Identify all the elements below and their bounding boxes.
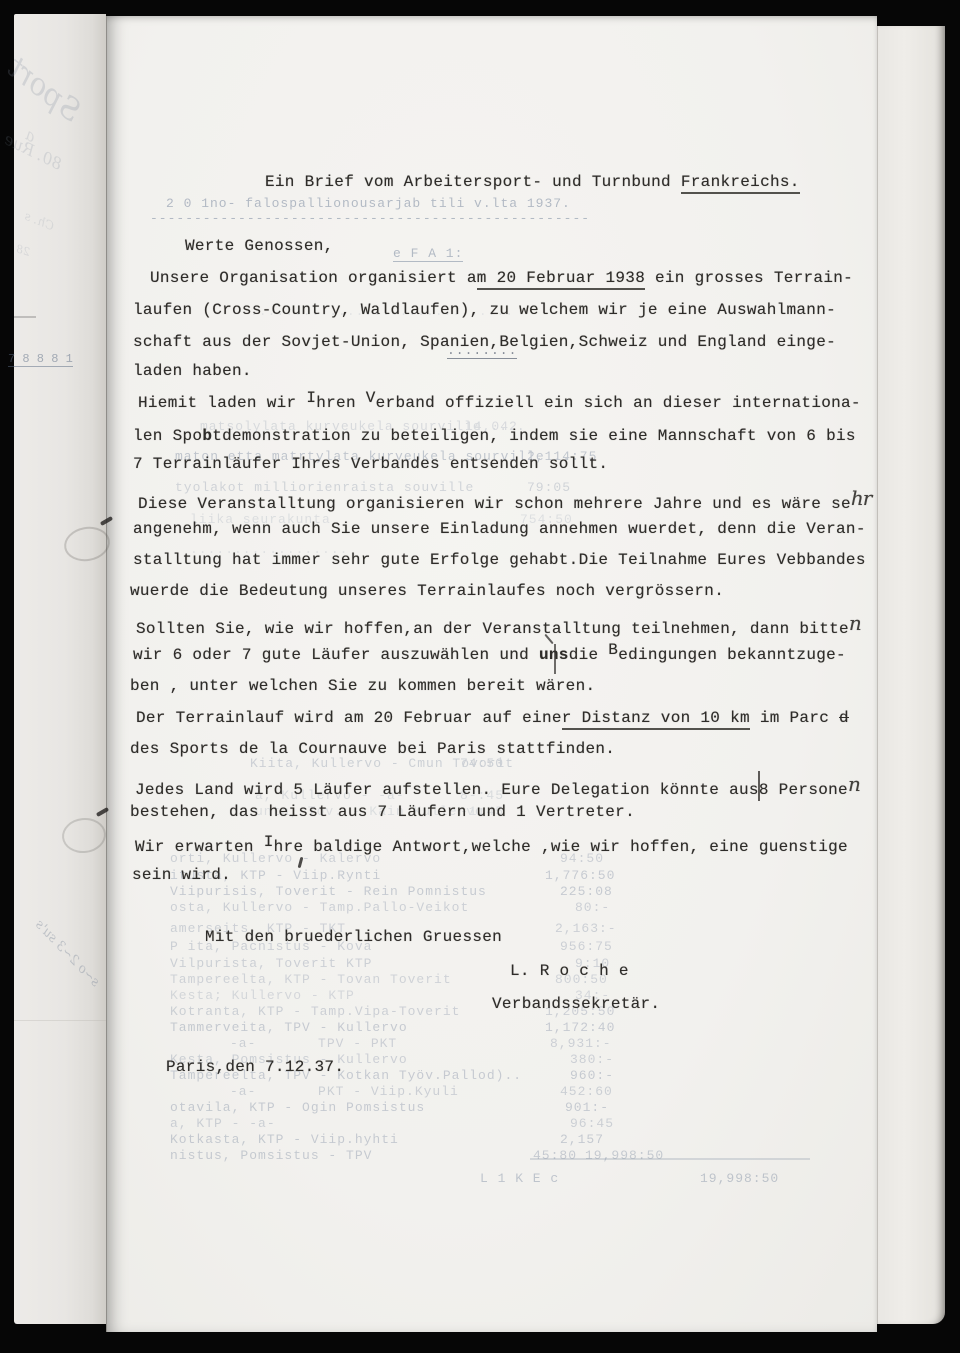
pencil-circle-mark [60, 816, 107, 855]
handwriting-layer: Sporta80. RueCh. s287 8 8 8 1s~o 2~3 su'… [0, 0, 960, 1353]
pen-stroke [100, 516, 113, 526]
mirrored-handwriting: s~o 2~3 su's [32, 917, 103, 990]
mirrored-handwriting: Sport [0, 50, 88, 129]
pencil-circle-mark [61, 523, 112, 564]
pen-stroke [14, 1020, 106, 1021]
mirrored-handwriting: Ch. s [22, 209, 56, 233]
scanned-letter-document: 2 0 1no- falospallionousarjab tili v.lta… [0, 0, 960, 1353]
pen-stroke [554, 644, 556, 674]
pen-stroke [544, 634, 553, 644]
pen-stroke [96, 807, 109, 817]
ghost-typed-fragment: 7 8 8 8 1 [8, 352, 73, 367]
pen-stroke [298, 857, 304, 868]
mirrored-handwriting: 28 [14, 242, 31, 259]
pen-stroke [530, 1158, 810, 1160]
pen-stroke [14, 316, 36, 318]
